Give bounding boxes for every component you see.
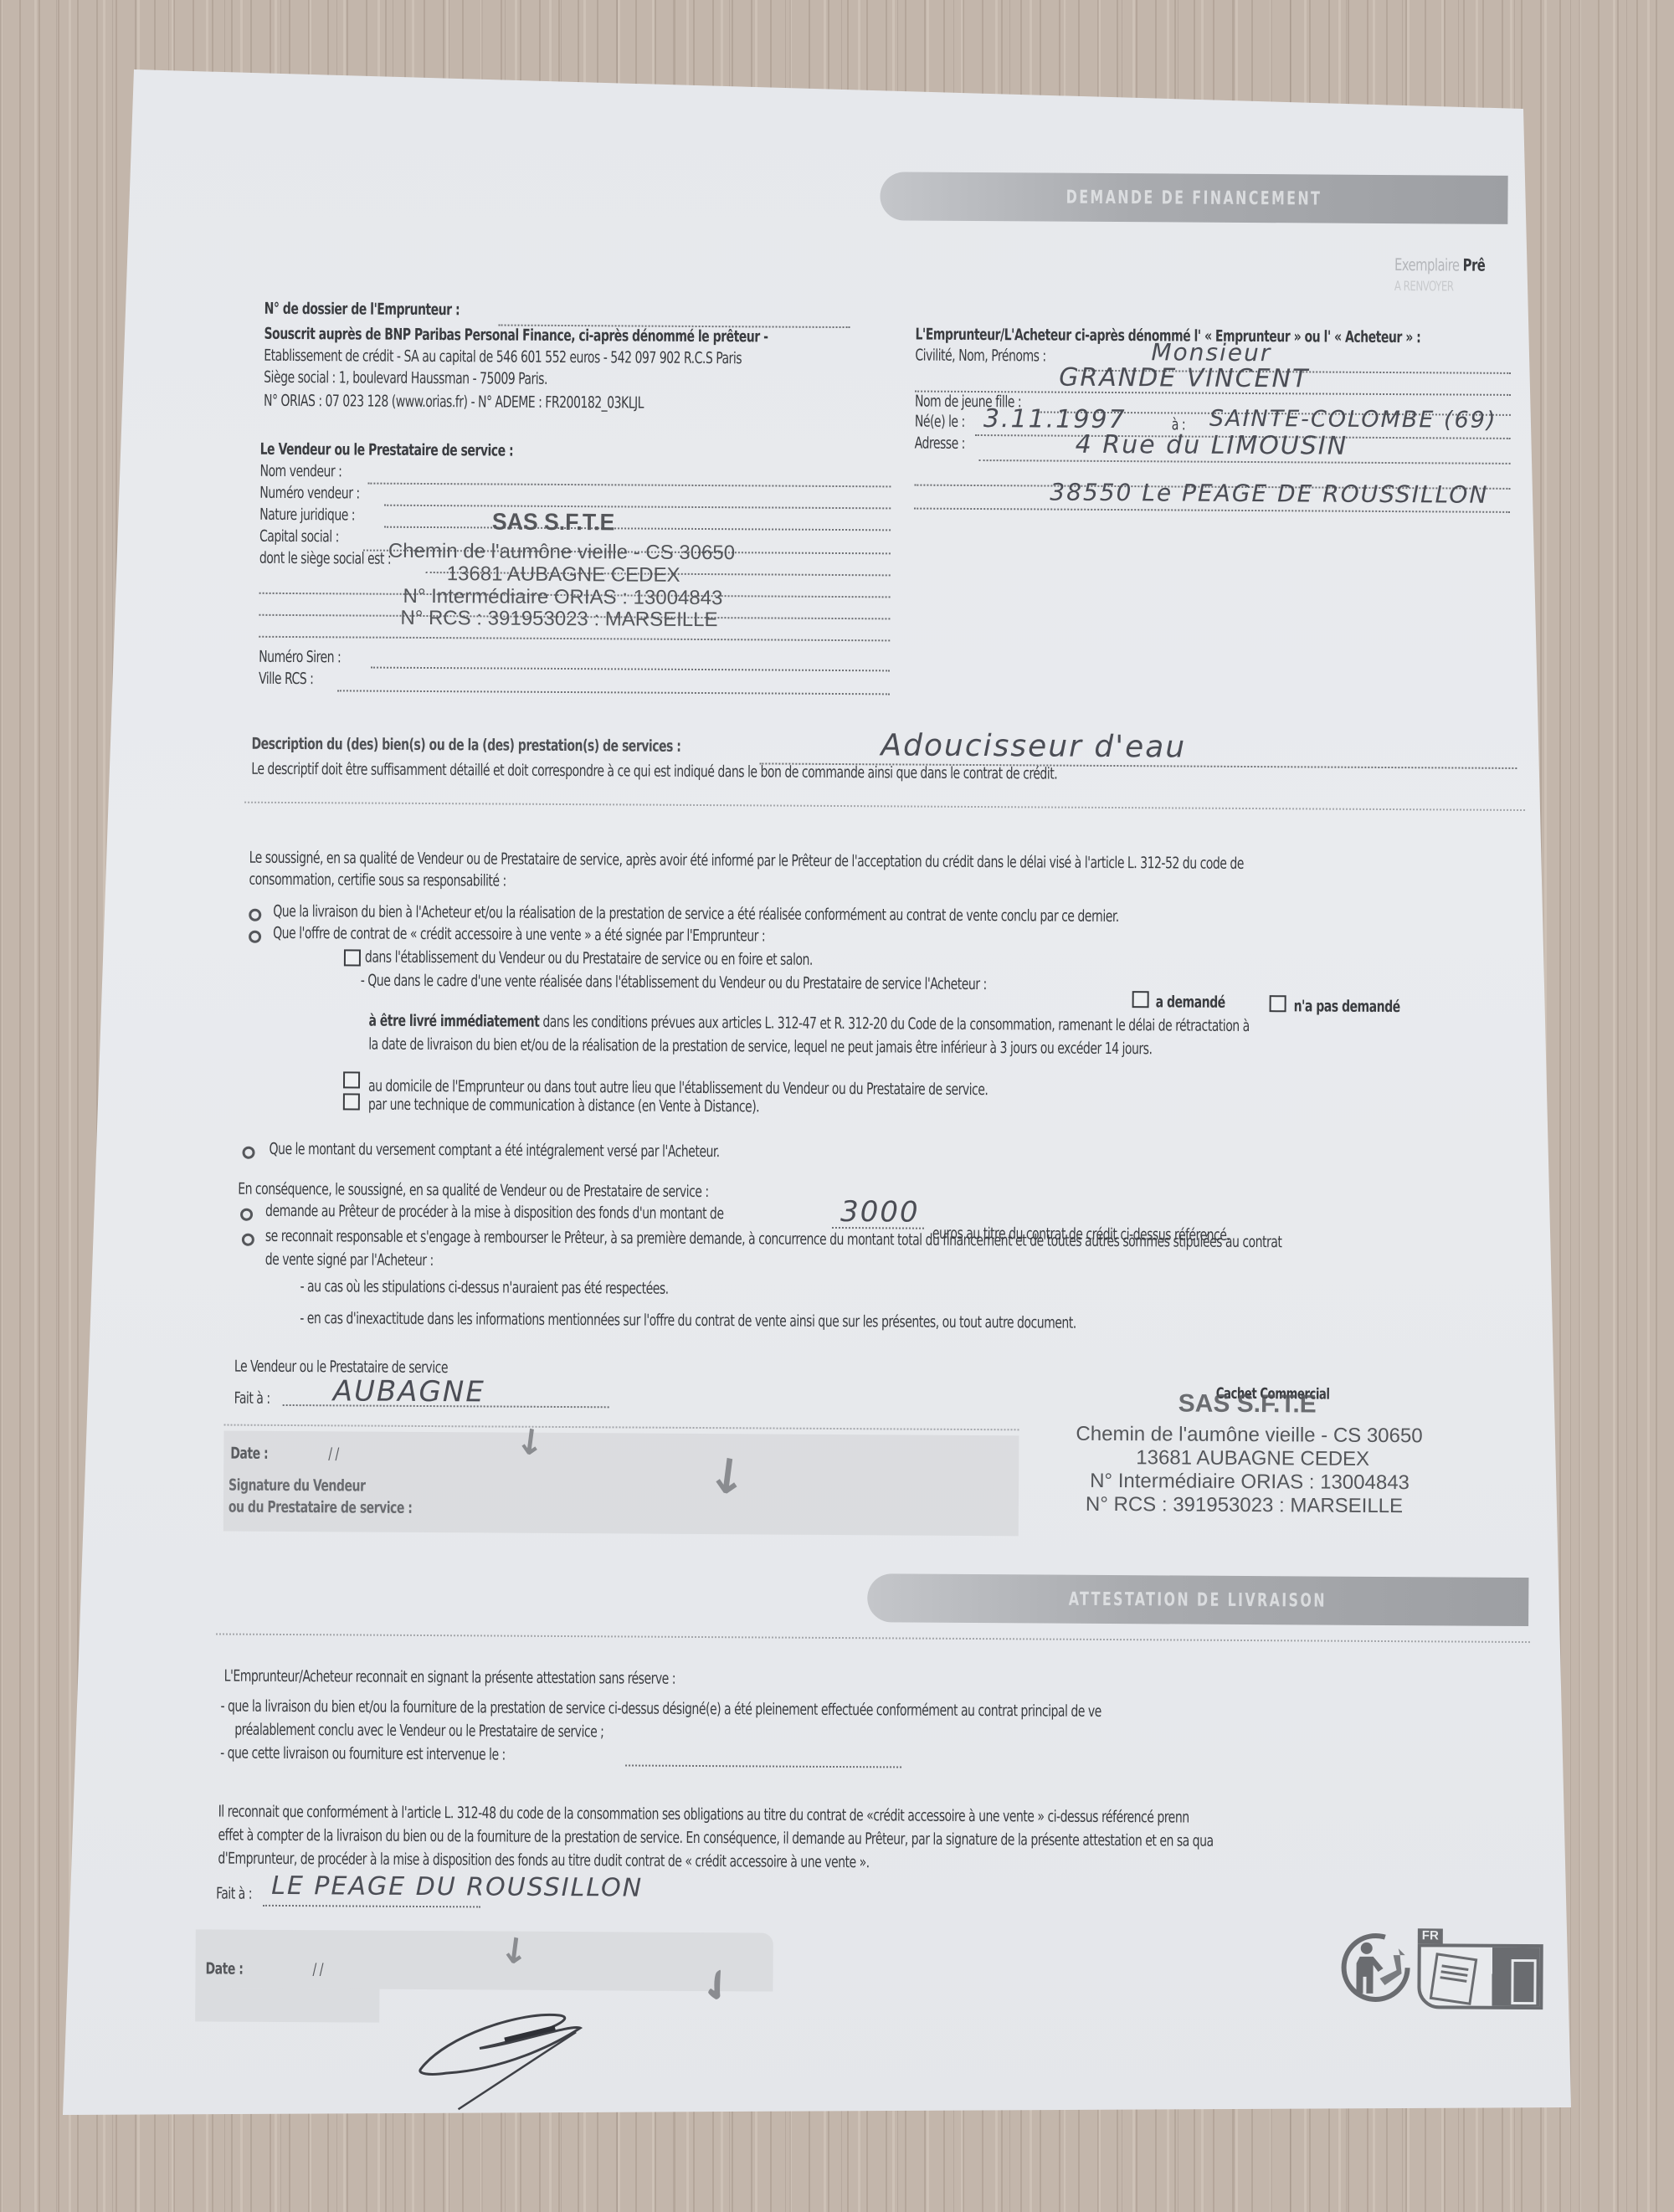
birth-place-value[interactable]: SAINTE-COLOMBE (69) xyxy=(1209,406,1497,434)
lender-line-2: Etablissement de crédit - SA au capital … xyxy=(264,346,742,367)
delivery-sign-date-field[interactable]: / / xyxy=(312,1960,323,1978)
certification-bullet-2: Que l'offre de contrat de « crédit acces… xyxy=(273,924,765,946)
consequence-heading: En conséquence, le soussigné, en sa qual… xyxy=(238,1180,709,1201)
certification-bullet-3: Que le montant du versement comptant a é… xyxy=(269,1140,719,1161)
commercial-stamp-city: 13681 AUBAGNE CEDEX xyxy=(1136,1446,1369,1471)
lender-line-4: N° ORIAS : 07 023 128 (www.orias.fr) - N… xyxy=(264,392,644,413)
civility-label: Civilité, Nom, Prénoms : xyxy=(915,346,1045,366)
trash-bin-icon xyxy=(1511,1959,1536,2004)
triman-recycling-icon xyxy=(1338,1930,1414,2006)
commercial-stamp-address: Chemin de l'aumône vieille - CS 30650 xyxy=(1076,1423,1422,1449)
immediate-delivery-line-3: la date de livraison du bien et/ou de la… xyxy=(368,1035,1152,1059)
lender-line-1: Souscrit auprès de BNP Paribas Personal … xyxy=(264,325,768,346)
address-label: Adresse : xyxy=(915,434,965,453)
commercial-stamp-orias: N° Intermédiaire ORIAS : 13004843 xyxy=(1090,1470,1410,1495)
triman-sorting-logo: FR xyxy=(1417,1928,1543,2013)
bullet-icon xyxy=(249,909,261,921)
description-note: Le descriptif doit être suffisamment dét… xyxy=(251,760,1057,783)
copy-label: Exemplaire Prê xyxy=(1394,254,1485,275)
delivery-line-2: préalablement conclu avec le Vendeur ou … xyxy=(234,1721,603,1742)
seller-signature-label-1: Signature du Vendeur xyxy=(229,1476,365,1496)
civility-value[interactable]: Monsieur xyxy=(1151,338,1271,367)
immediate-delivery-bold: à être livré immédiatement xyxy=(368,1012,539,1031)
asked-label: a demandé xyxy=(1156,993,1225,1012)
delivery-line-1: - que la livraison du bien et/ou la four… xyxy=(220,1697,1101,1721)
financing-request-banner: DEMANDE DE FINANCEMENT xyxy=(880,172,1507,224)
name-value[interactable]: GRANDE VINCENT xyxy=(1059,363,1309,394)
lender-line-3: Siège social : 1, boulevard Haussman - 7… xyxy=(264,368,547,388)
seller-date-field[interactable]: / / xyxy=(328,1445,339,1463)
amount-value[interactable]: 3000 xyxy=(840,1195,920,1229)
rcs-city-label: Ville RCS : xyxy=(259,670,314,688)
seller-stamp-rcs: N° RCS : 391953023 : MARSEILLE xyxy=(400,607,717,632)
banner-title: ATTESTATION DE LIVRAISON xyxy=(1069,1588,1327,1611)
description-label: Description du (des) bien(s) ou de la (d… xyxy=(251,735,680,756)
borrower-signature-area[interactable] xyxy=(195,1929,773,1991)
store-sub-clause: - Que dans le cadre d'une vente réalisée… xyxy=(361,972,987,994)
signature-scribble xyxy=(413,2002,598,2112)
checkbox-asked[interactable] xyxy=(1132,991,1149,1008)
delivery-paragraph-2: effet à compter de la livraison du bien … xyxy=(218,1825,1213,1850)
delivery-paragraph-1: Il reconnait que conformément à l'articl… xyxy=(218,1803,1189,1827)
bullet-icon xyxy=(240,1209,253,1221)
checkbox-at-home[interactable] xyxy=(343,1071,360,1088)
paper-doc-icon xyxy=(1430,1953,1478,2005)
certification-intro-2: consommation, certifie sous sa responsab… xyxy=(249,870,506,890)
delivery-intro: L'Emprunteur/Acheteur reconnait en signa… xyxy=(224,1667,675,1688)
rcs-city-field[interactable] xyxy=(337,690,890,695)
copy-label-bold: Prê xyxy=(1463,255,1486,275)
shade-block xyxy=(195,1988,379,2022)
hq-line-4 xyxy=(259,636,890,642)
legal-line xyxy=(384,526,891,531)
checkbox-not-asked[interactable] xyxy=(1270,995,1286,1012)
commercial-stamp-name: SAS S.F.T.E xyxy=(1178,1389,1317,1419)
separator xyxy=(244,802,1525,811)
seller-place-value[interactable]: AUBAGNE xyxy=(333,1374,485,1409)
siren-label: Numéro Siren : xyxy=(259,648,341,667)
case-2: - en cas d'inexactitude dans les informa… xyxy=(300,1309,1076,1332)
separator xyxy=(216,1633,1530,1643)
commercial-stamp-rcs: N° RCS : 391953023 : MARSEILLE xyxy=(1086,1493,1403,1518)
delivery-date-field[interactable] xyxy=(625,1764,901,1768)
separator xyxy=(224,1424,1019,1431)
copy-label-faded: Exemplaire xyxy=(1394,254,1460,275)
delivery-date-label: Date : xyxy=(205,1959,243,1978)
option-in-store-label: dans l'établissement du Vendeur ou du Pr… xyxy=(365,948,813,969)
certification-intro-1: Le soussigné, en sa qualité de Vendeur o… xyxy=(249,849,1244,873)
delivery-place-value[interactable]: LE PEAGE DU ROUSSILLON xyxy=(271,1871,643,1903)
address-value-2[interactable]: 38550 Le PEAGE DE ROUSSILLON xyxy=(1050,479,1488,509)
form-content: DEMANDE DE FINANCEMENT Exemplaire Prê A … xyxy=(0,0,1674,2212)
bullet-icon xyxy=(249,931,261,943)
seller-number-field[interactable] xyxy=(384,505,891,510)
address-value-1[interactable]: 4 Rue du LIMOUSIN xyxy=(1076,430,1348,461)
seller-name-field[interactable] xyxy=(367,483,891,488)
case-1: - au cas où les stipulations ci-dessus n… xyxy=(300,1277,668,1298)
liability-line-2: de vente signé par l'Acheteur : xyxy=(265,1250,434,1270)
banner-title: DEMANDE DE FINANCEMENT xyxy=(1066,187,1322,209)
certification-bullet-1: Que la livraison du bien à l'Acheteur et… xyxy=(273,902,1119,926)
description-value[interactable]: Adoucisseur d'eau xyxy=(881,728,1186,764)
capital-label: Capital social : xyxy=(259,527,339,547)
delivery-place-line xyxy=(263,1905,480,1908)
not-asked-label: n'a pas demandé xyxy=(1294,997,1400,1016)
delivery-place-label: Fait à : xyxy=(216,1884,252,1902)
seller-date-label: Date : xyxy=(230,1445,268,1463)
immediate-delivery-rest: dans les conditions prévues aux articles… xyxy=(542,1013,1250,1035)
seller-stamp-city: 13681 AUBAGNE CEDEX xyxy=(447,562,680,588)
bullet-icon xyxy=(242,1147,254,1159)
birth-date-label: Né(e) le : xyxy=(915,413,965,431)
seller-signature-label-2: ou du Prestataire de service : xyxy=(229,1498,413,1517)
checkbox-in-store[interactable] xyxy=(344,949,361,966)
immediate-delivery-line: à être livré immédiatement dans les cond… xyxy=(368,1012,1249,1035)
dossier-label: N° de dossier de l'Emprunteur : xyxy=(264,300,460,319)
checkbox-distance[interactable] xyxy=(343,1093,360,1110)
copy-label-send: A RENVOYER xyxy=(1394,278,1454,294)
legal-form-label: Nature juridique : xyxy=(259,506,355,525)
seller-stamp-name: SAS S.F.T.E xyxy=(492,508,615,536)
hq-label: dont le siège social est : xyxy=(259,549,391,568)
delivery-attestation-banner: ATTESTATION DE LIVRAISON xyxy=(867,1573,1528,1626)
seller-number-label: Numéro vendeur : xyxy=(259,484,360,503)
address-line-3 xyxy=(914,508,1510,513)
delivery-line-3: - que cette livraison ou fourniture est … xyxy=(220,1744,506,1764)
request-text: demande au Prêteur de procéder à la mise… xyxy=(265,1202,724,1223)
seller-stamp-address: Chemin de l'aumône vieille - CS 30650 xyxy=(388,540,735,566)
seller-name-label: Nom vendeur : xyxy=(259,462,341,481)
seller-heading: Le Vendeur ou le Prestataire de service … xyxy=(260,440,514,460)
triman-fr-badge: FR xyxy=(1418,1928,1443,1943)
siren-field[interactable] xyxy=(371,667,890,672)
delivery-paragraph-3: d'Emprunteur, de procéder à la mise à di… xyxy=(218,1849,869,1871)
seller-place-label: Fait à : xyxy=(234,1389,270,1408)
option-distance-label: par une technique de communication à dis… xyxy=(368,1096,759,1116)
bullet-icon xyxy=(242,1234,254,1246)
